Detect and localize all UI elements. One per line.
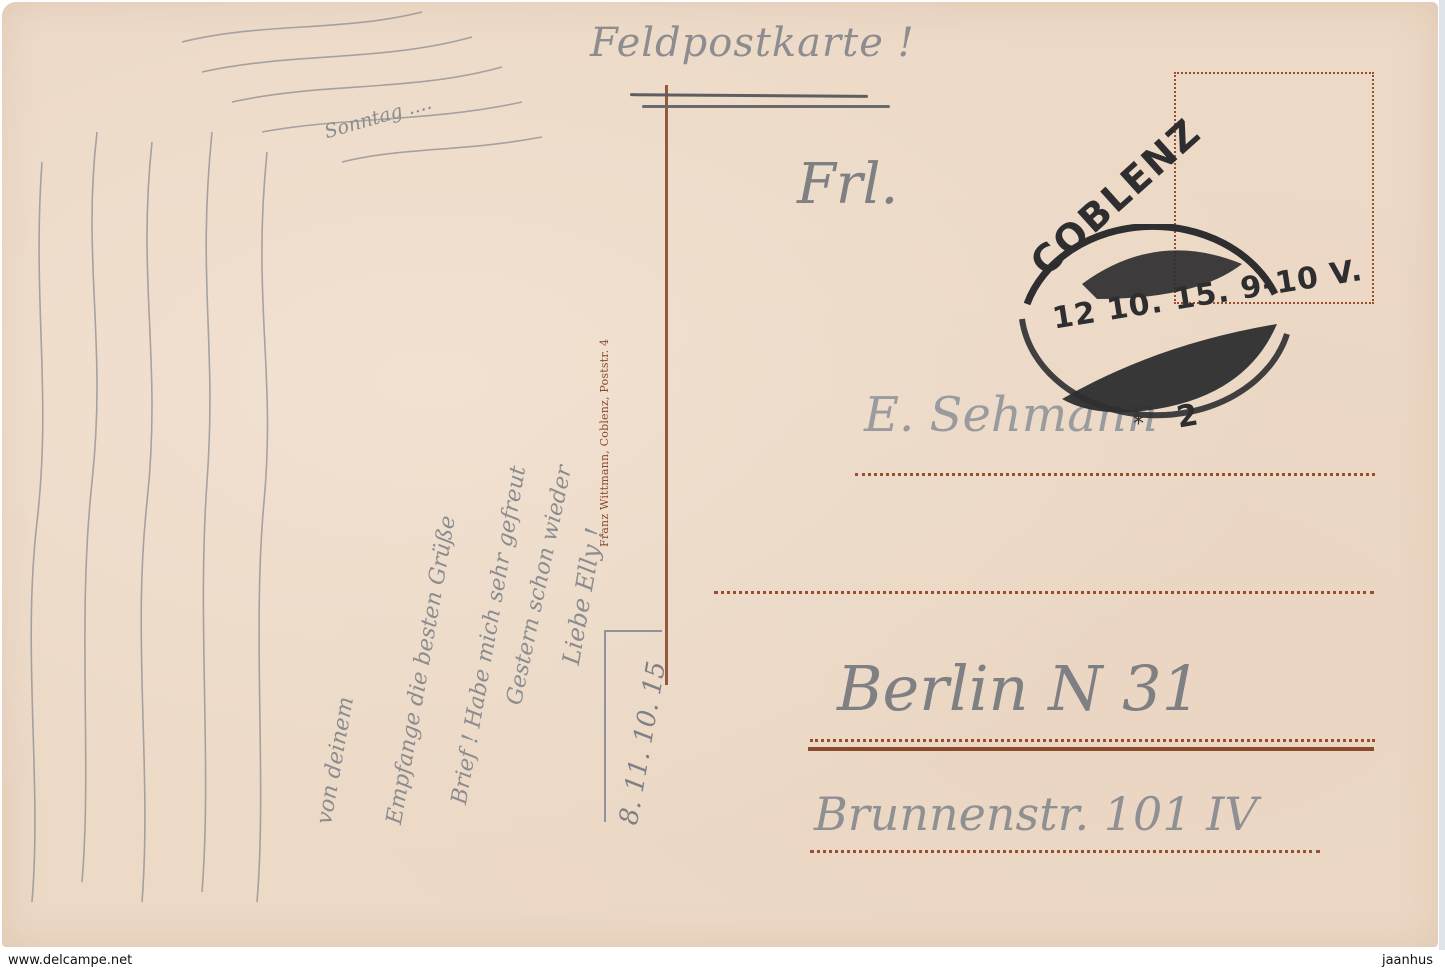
postmark-star: * [1133,412,1144,437]
footer-source-link[interactable]: www.delcampe.net [8,953,132,968]
address-line-3 [810,739,1375,742]
center-divider-line [665,85,668,685]
scan-edge [1439,0,1445,950]
city-underline [808,747,1374,751]
address-line-4 [810,850,1320,853]
footer-seller-name: jaanhus [1382,953,1433,968]
feldpostkarte-heading: Feldpostkarte ! [590,20,915,66]
address-line-2 [714,591,1374,594]
postcard-back: Franz Wittmann, Coblenz, Poststr. 4 Feld… [2,2,1438,947]
handwriting-scribbles [2,2,602,942]
heading-underline [642,105,890,108]
recipient-city: Berlin N 31 [837,652,1201,725]
address-line-1 [855,473,1375,476]
recipient-street: Brunnenstr. 101 IV [814,787,1258,841]
recipient-title: Frl. [797,152,898,217]
